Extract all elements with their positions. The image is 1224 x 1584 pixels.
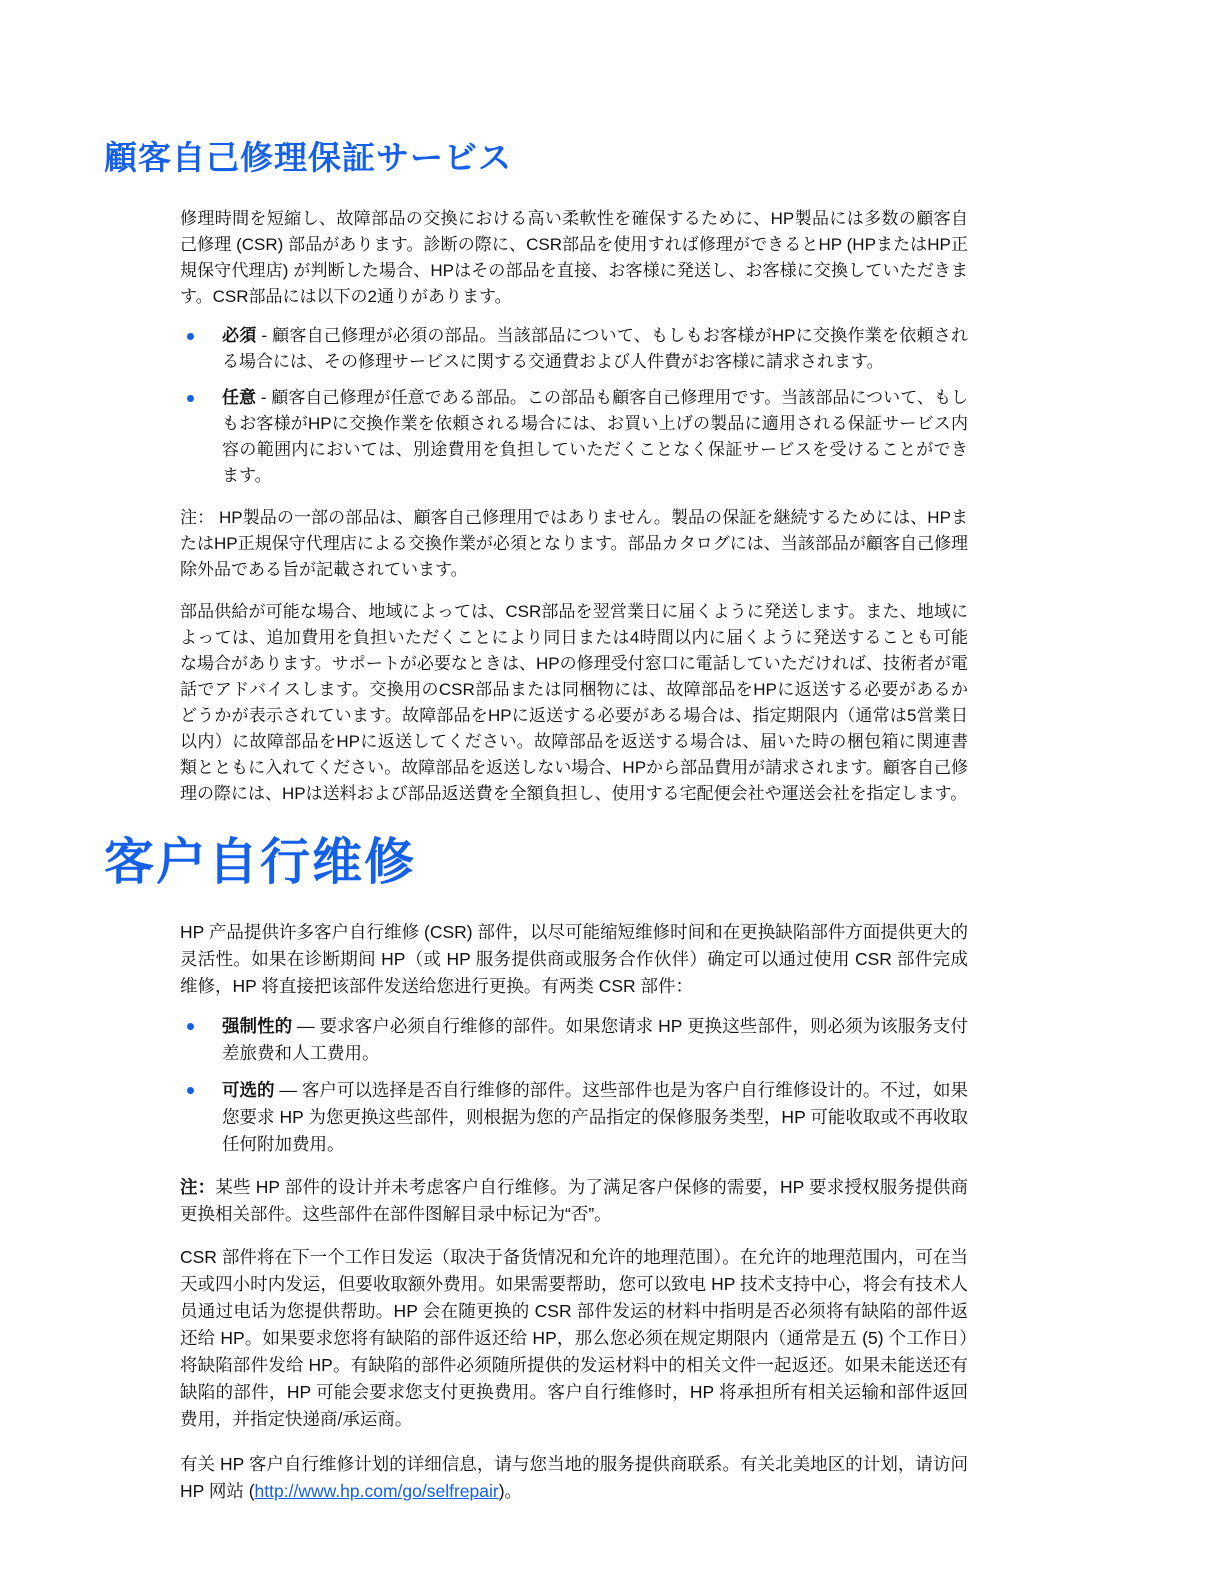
list-item: 任意 - 顧客自己修理が任意である部品。この部品も顧客自己修理用です。当該部品に…: [180, 385, 968, 489]
closing-text-post: )。: [499, 1481, 522, 1501]
bullet-list-ja: 必須 - 顧客自己修理が必須の部品。当該部品について、もしもお客様がHPに交換作…: [180, 323, 968, 489]
bullet-text-zh-mandatory: 强制性的 — 要求客户必须自行维修的部件。如果您请求 HP 更换这些部件，则必须…: [222, 1013, 968, 1067]
bullet-icon: [187, 1087, 194, 1094]
note-label: 注：: [180, 508, 214, 527]
bullet-body: - 顧客自己修理が必須の部品。当該部品について、もしもお客様がHPに交換作業を依…: [222, 326, 968, 371]
bullet-list-zh: 强制性的 — 要求客户必须自行维修的部件。如果您请求 HP 更换这些部件，则必须…: [180, 1013, 968, 1158]
paragraph-zh-note: 注：某些 HP 部件的设计并未考虑客户自行维修。为了满足客户保修的需要，HP 要…: [180, 1174, 968, 1228]
bullet-icon: [187, 395, 194, 402]
paragraph-zh-shipping: CSR 部件将在下一个工作日发运（取决于备货情况和允许的地理范围）。在允许的地理…: [180, 1244, 968, 1433]
bullet-text-ja-optional: 任意 - 顧客自己修理が任意である部品。この部品も顧客自己修理用です。当該部品に…: [222, 385, 968, 489]
paragraph-ja-note: 注： HP製品の一部の部品は、顧客自己修理用ではありません。製品の保証を継続する…: [180, 505, 968, 583]
selfrepair-link[interactable]: http://www.hp.com/go/selfrepair: [255, 1481, 499, 1501]
paragraph-ja-intro: 修理時間を短縮し、故障部品の交換における高い柔軟性を確保するために、HP製品には…: [180, 206, 968, 310]
bullet-lead: 必須: [222, 326, 257, 345]
section-chinese: 客户自行维修 HP 产品提供许多客户自行维修 (CSR) 部件，以尽可能缩短维修…: [0, 833, 1224, 1505]
bullet-body: — 要求客户必须自行维修的部件。如果您请求 HP 更换这些部件，则必须为该服务支…: [222, 1016, 968, 1063]
list-item: 必須 - 顧客自己修理が必須の部品。当該部品について、もしもお客様がHPに交換作…: [180, 323, 968, 375]
note-body: 某些 HP 部件的设计并未考虑客户自行维修。为了满足客户保修的需要，HP 要求授…: [180, 1177, 968, 1224]
bullet-body: - 顧客自己修理が任意である部品。この部品も顧客自己修理用です。当該部品について…: [222, 388, 968, 485]
note-body: HP製品の一部の部品は、顧客自己修理用ではありません。製品の保証を継続するために…: [180, 508, 968, 579]
note-label: 注：: [180, 1177, 215, 1197]
bullet-lead: 强制性的: [222, 1016, 292, 1036]
bullet-body: — 客户可以选择是否自行维修的部件。这些部件也是为客户自行维修设计的。不过，如果…: [222, 1080, 968, 1154]
paragraph-zh-intro: HP 产品提供许多客户自行维修 (CSR) 部件，以尽可能缩短维修时间和在更换缺…: [180, 919, 968, 1000]
list-item: 可选的 — 客户可以选择是否自行维修的部件。这些部件也是为客户自行维修设计的。不…: [180, 1077, 968, 1158]
bullet-icon: [187, 333, 194, 340]
text-column-zh: HP 产品提供许多客户自行维修 (CSR) 部件，以尽可能缩短维修时间和在更换缺…: [180, 919, 968, 1505]
bullet-text-ja-mandatory: 必須 - 顧客自己修理が必須の部品。当該部品について、もしもお客様がHPに交換作…: [222, 323, 968, 375]
bullet-lead: 任意: [222, 388, 256, 407]
bullet-text-zh-optional: 可选的 — 客户可以选择是否自行维修的部件。这些部件也是为客户自行维修设计的。不…: [222, 1077, 968, 1158]
section-japanese: 顧客自己修理保証サービス 修理時間を短縮し、故障部品の交換における高い柔軟性を確…: [0, 138, 1224, 807]
section-heading-ja: 顧客自己修理保証サービス: [104, 138, 1224, 178]
text-column-ja: 修理時間を短縮し、故障部品の交換における高い柔軟性を確保するために、HP製品には…: [180, 206, 968, 807]
list-item: 强制性的 — 要求客户必须自行维修的部件。如果您请求 HP 更换这些部件，则必须…: [180, 1013, 968, 1067]
paragraph-ja-shipping: 部品供給が可能な場合、地域によっては、CSR部品を翌営業日に届くように発送します…: [180, 599, 968, 807]
section-heading-zh: 客户自行维修: [104, 833, 1224, 891]
paragraph-zh-closing: 有关 HP 客户自行维修计划的详细信息，请与您当地的服务提供商联系。有关北美地区…: [180, 1451, 968, 1505]
bullet-lead: 可选的: [222, 1080, 275, 1100]
document-page: 顧客自己修理保証サービス 修理時間を短縮し、故障部品の交換における高い柔軟性を確…: [0, 0, 1224, 1584]
bullet-icon: [187, 1023, 194, 1030]
